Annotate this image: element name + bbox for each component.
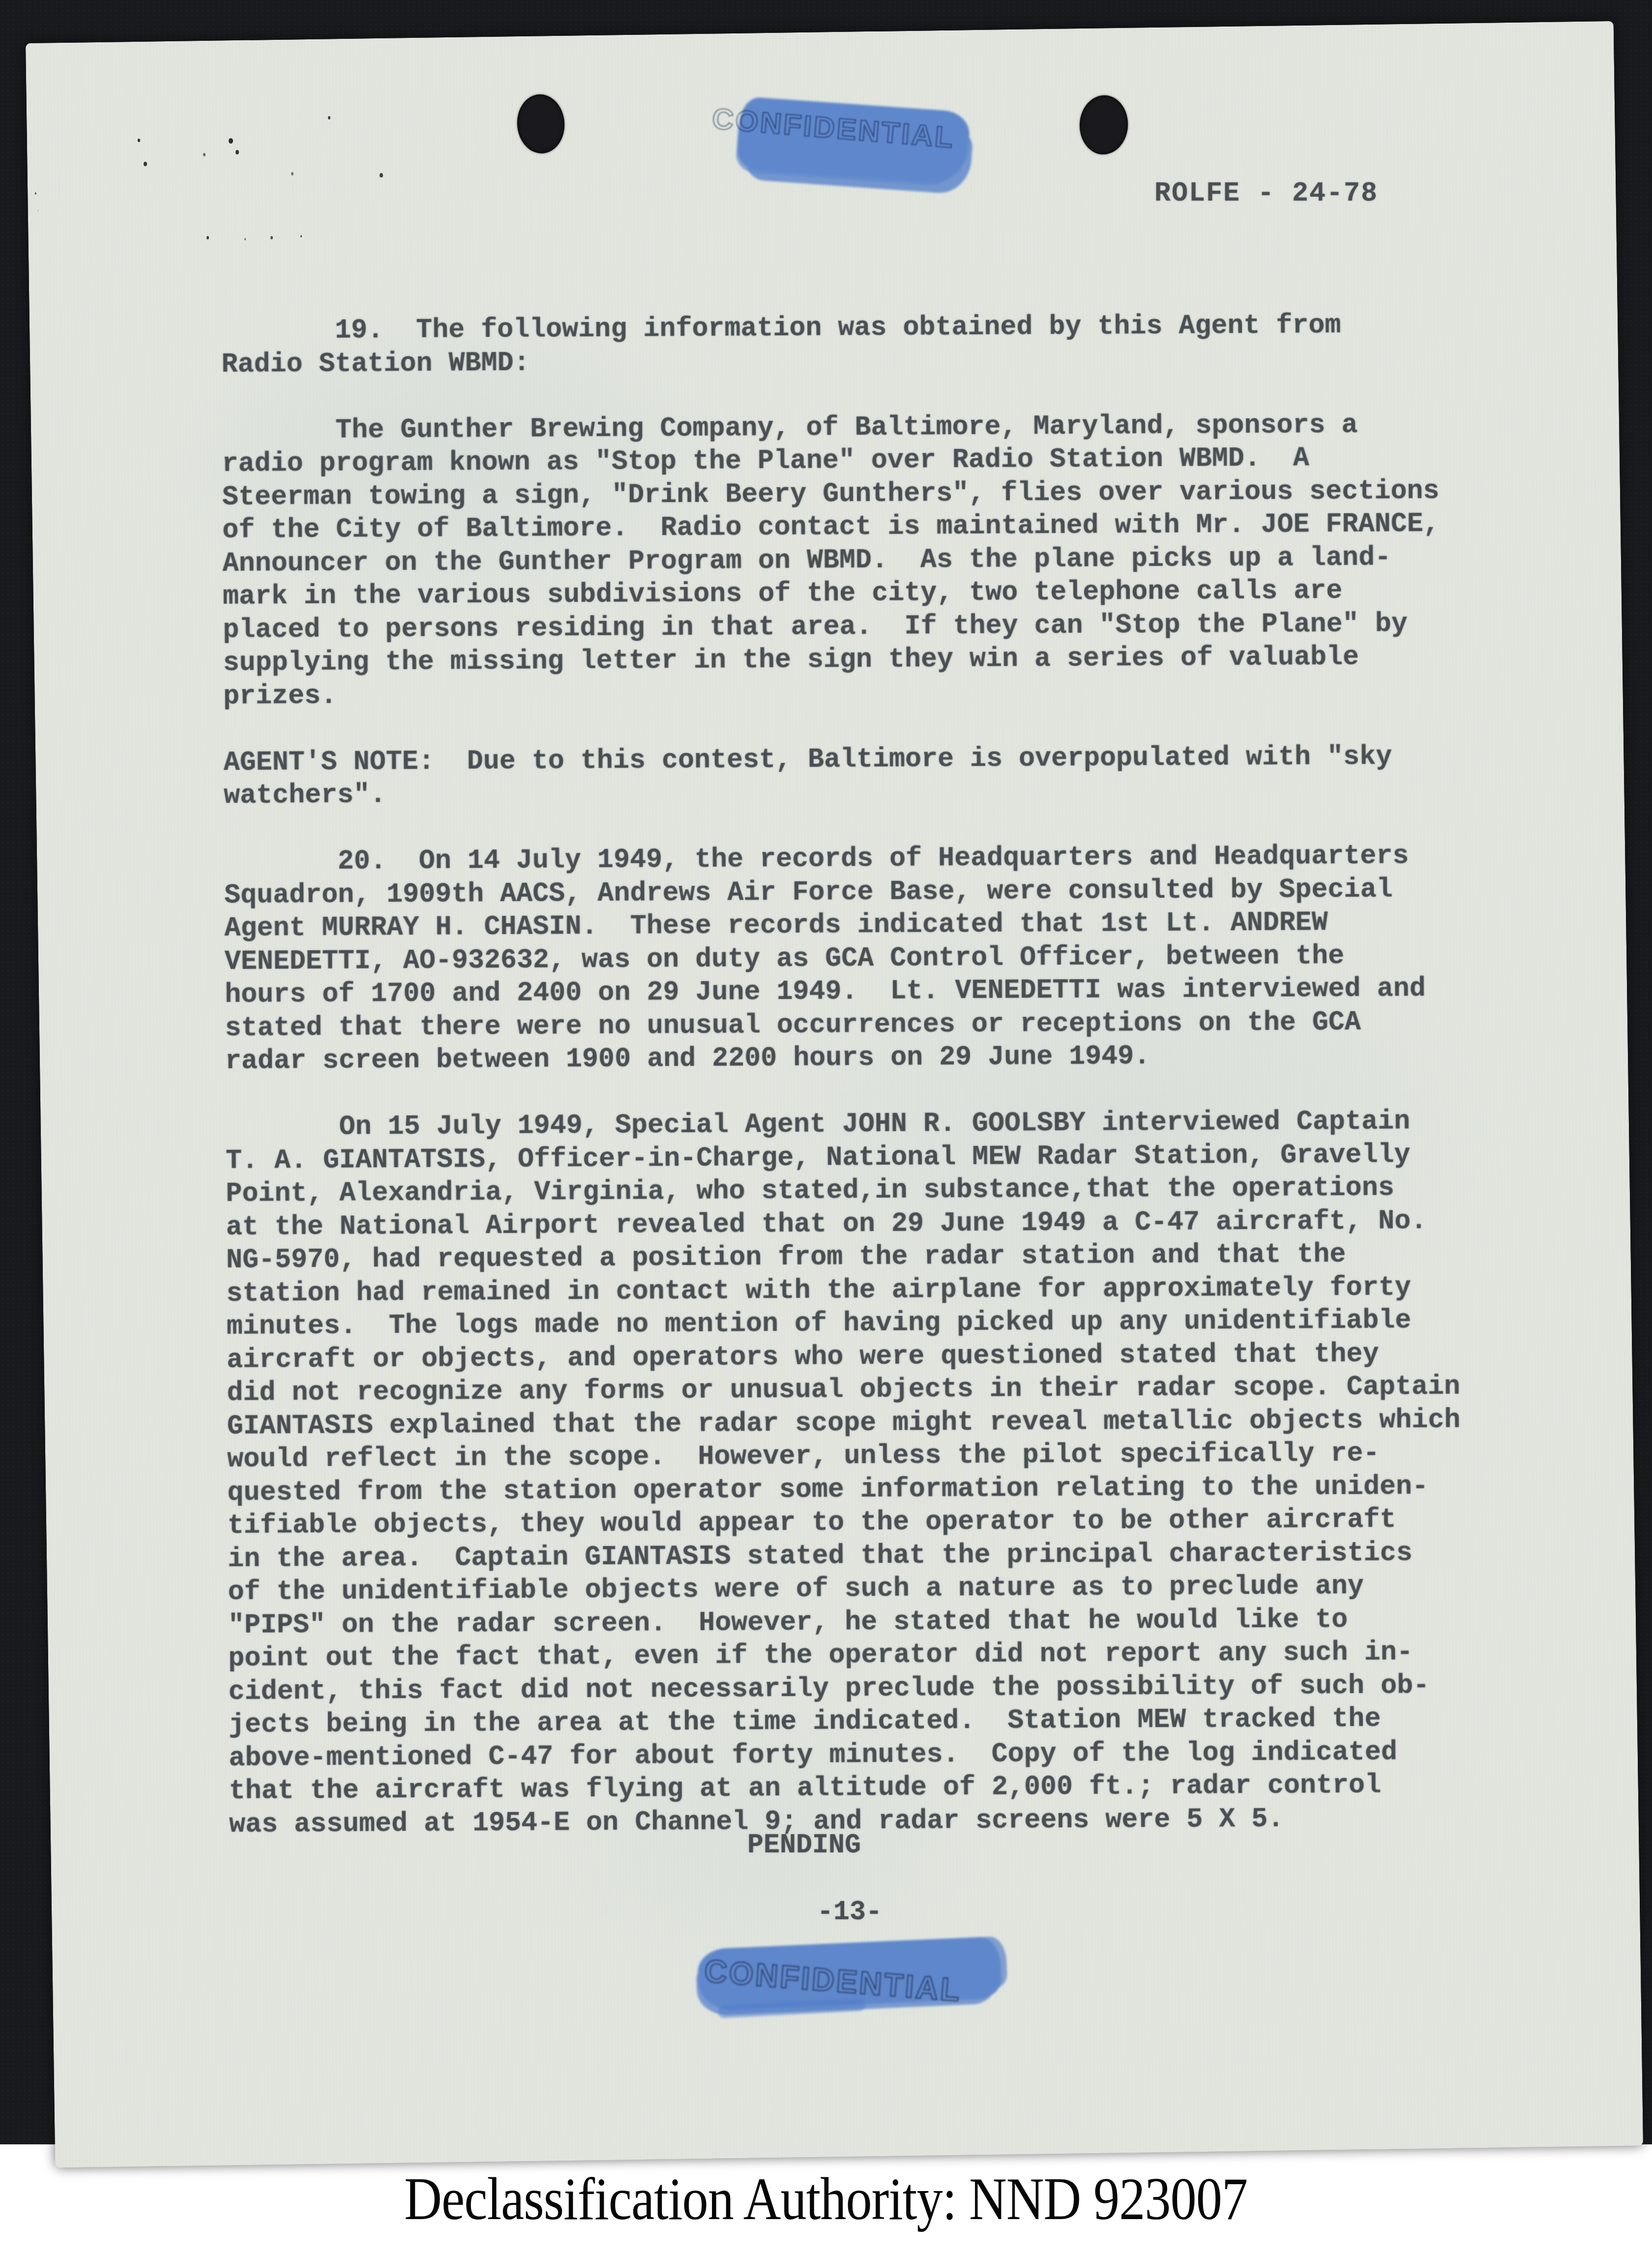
declassification-text: Declassification Authority: NND 923007 <box>404 2165 1247 2234</box>
reference-number: ROLFE - 24-78 <box>1154 178 1378 209</box>
pending-status: PENDING <box>747 1830 861 1861</box>
page-number: -13- <box>817 1897 882 1928</box>
typed-body: 19. The following information was obtain… <box>221 308 1463 1841</box>
paper-specks <box>138 139 140 142</box>
scan-background: CONFIDENTIAL ROLFE - 24-78 19. The follo… <box>0 0 1652 2144</box>
